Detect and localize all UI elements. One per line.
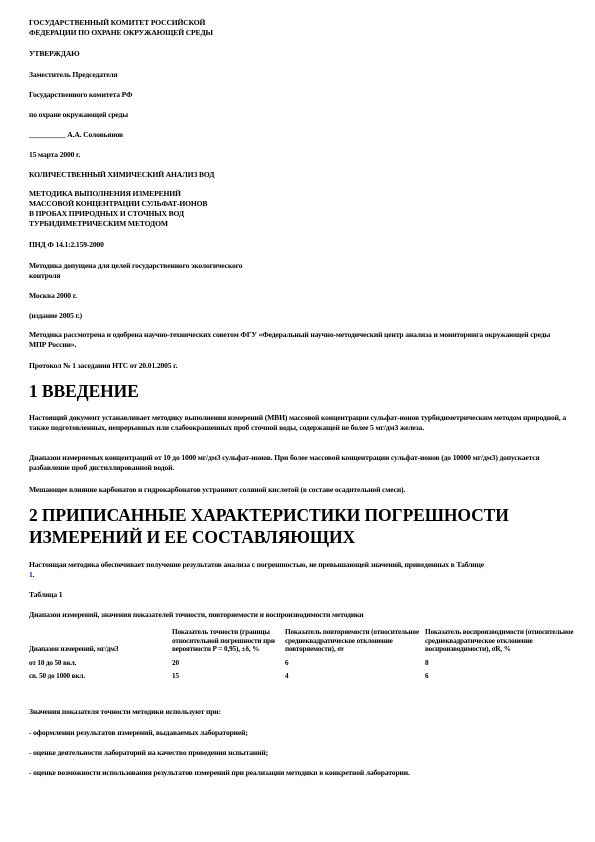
approver-position-line3: по охране окружающей среды: [29, 110, 128, 120]
usage-item: - оценке возможности использования резул…: [29, 768, 410, 778]
header-repeatability: Показатель повторяемости (относительное …: [285, 628, 425, 656]
section2-intro: Настоящая методика обеспечивает получени…: [29, 560, 569, 579]
table-caption: Диапазон измерений, значения показателей…: [29, 610, 364, 620]
approver-signature: __________ А.А. Соловьянов: [29, 130, 123, 140]
table-row: от 10 до 50 вкл. 20 6 8: [29, 656, 574, 669]
approver-position-line2: Государственного комитета РФ: [29, 90, 132, 100]
section1-para2: Диапазон измеряемых концентраций от 10 д…: [29, 453, 569, 472]
usage-item: - оценке деятельности лабораторий на кач…: [29, 748, 268, 758]
section2-intro-text: Настоящая методика обеспечивает получени…: [29, 560, 484, 569]
org-name-line2: ФЕДЕРАЦИИ ПО ОХРАНЕ ОКРУЖАЮЩЕЙ СРЕДЫ: [29, 28, 213, 38]
cell-repeatability: 6: [285, 656, 425, 669]
document-code: ПНД Ф 14.1:2.159-2000: [29, 240, 104, 250]
document-title-line1: МЕТОДИКА ВЫПОЛНЕНИЯ ИЗМЕРЕНИЙ: [29, 189, 181, 199]
admission-line1: Методика допущена для целей государствен…: [29, 261, 242, 271]
table-header-row: Диапазон измерений, мг/дм3 Показатель то…: [29, 628, 574, 656]
section1-para1: Настоящий документ устанавливает методик…: [29, 413, 569, 432]
section1-heading: 1 ВВЕДЕНИЕ: [29, 381, 139, 402]
approval-text: Методика рассмотрена и одобрена научно-т…: [29, 330, 569, 349]
approve-label: УТВЕРЖДАЮ: [29, 49, 80, 59]
section2-heading-line1: 2 ПРИПИСАННЫЕ ХАРАКТЕРИСТИКИ ПОГРЕШНОСТИ: [29, 505, 509, 526]
cell-range: от 10 до 50 вкл.: [29, 656, 172, 669]
cell-reproducibility: 6: [425, 669, 574, 682]
intro-tail: .: [33, 570, 35, 579]
approval-date: 15 марта 2000 г.: [29, 150, 80, 160]
document-title-line4: ТУРБИДИМЕТРИЧЕСКИМ МЕТОДОМ: [29, 219, 168, 229]
city-year: Москва 2000 г.: [29, 291, 77, 301]
document-title-line3: В ПРОБАХ ПРИРОДНЫХ И СТОЧНЫХ ВОД: [29, 209, 184, 219]
protocol: Протокол № 1 заседания НТС от 20.01.2005…: [29, 361, 177, 371]
signer-name: А.А. Соловьянов: [67, 130, 123, 139]
table-label: Таблица 1: [29, 590, 62, 600]
cell-accuracy: 20: [172, 656, 285, 669]
section2-heading-line2: ИЗМЕРЕНИЙ И ЕЕ СОСТАВЛЯЮЩИХ: [29, 527, 355, 548]
usage-item: - оформлении результатов измерений, выда…: [29, 728, 248, 738]
document-category: КОЛИЧЕСТВЕННЫЙ ХИМИЧЕСКИЙ АНАЛИЗ ВОД: [29, 170, 214, 180]
admission-line2: контроля: [29, 271, 60, 281]
document-title-line2: МАССОВОЙ КОНЦЕНТРАЦИИ СУЛЬФАТ-ИОНОВ: [29, 199, 207, 209]
org-name-line1: ГОСУДАРСТВЕННЫЙ КОМИТЕТ РОССИЙСКОЙ: [29, 18, 205, 28]
cell-range: св. 50 до 1000 вкл.: [29, 669, 172, 682]
cell-repeatability: 4: [285, 669, 425, 682]
accuracy-table: Диапазон измерений, мг/дм3 Показатель то…: [29, 628, 574, 682]
usage-intro: Значения показателя точности методики ис…: [29, 707, 221, 717]
header-reproducibility: Показатель воспроизводимости (относитель…: [425, 628, 574, 656]
header-accuracy: Показатель точности (границы относительн…: [172, 628, 285, 656]
table-row: св. 50 до 1000 вкл. 15 4 6: [29, 669, 574, 682]
header-range: Диапазон измерений, мг/дм3: [29, 628, 172, 656]
cell-reproducibility: 8: [425, 656, 574, 669]
cell-accuracy: 15: [172, 669, 285, 682]
signature-line: __________: [29, 130, 65, 139]
approver-position-line1: Заместитель Председателя: [29, 70, 117, 80]
section1-para3: Мешающее влияние карбонатов и гидрокарбо…: [29, 485, 405, 495]
edition: (издание 2005 г.): [29, 311, 82, 321]
